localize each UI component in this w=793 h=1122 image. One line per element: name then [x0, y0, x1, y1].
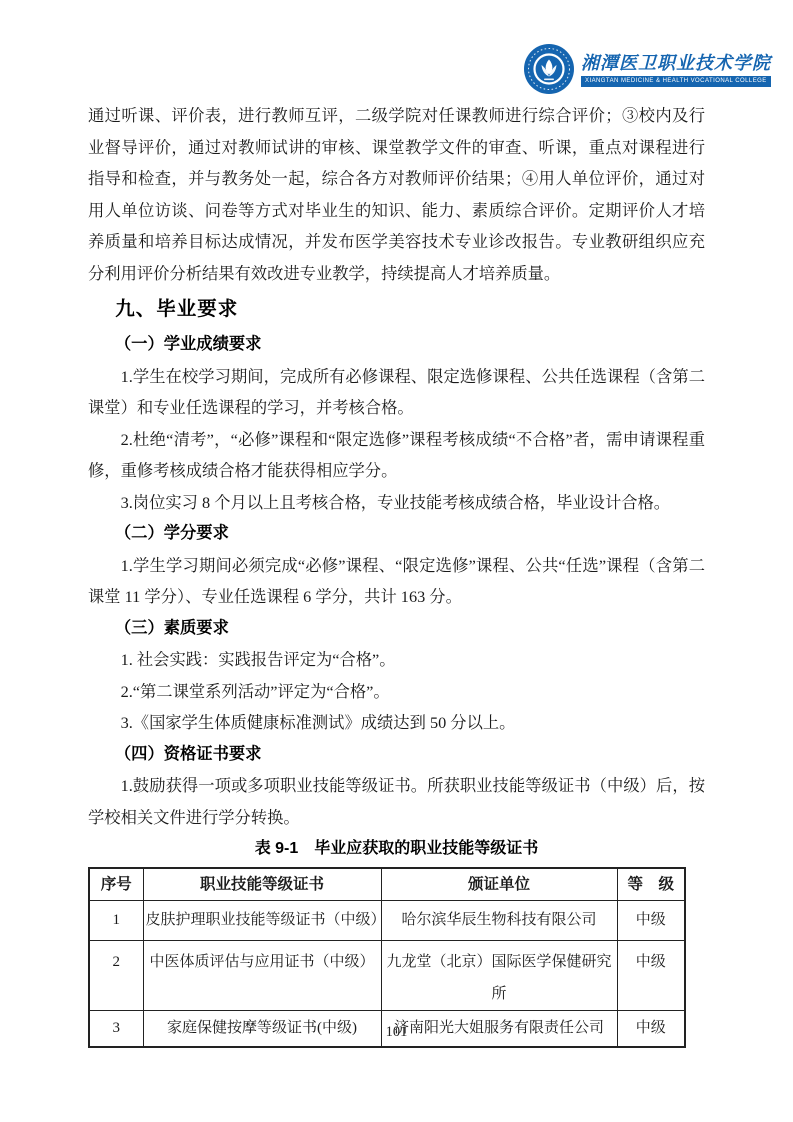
table-header-cell: 等 级 [617, 868, 685, 901]
college-logo: 湘潭医卫职业技术学院 XIANGTAN MEDICINE & HEALTH VO… [524, 44, 771, 94]
college-name-block: 湘潭医卫职业技术学院 XIANGTAN MEDICINE & HEALTH VO… [581, 52, 771, 87]
table-cell: 哈尔滨华辰生物科技有限公司 [381, 901, 617, 941]
table-row: 2 中医体质评估与应用证书（中级） 九龙堂（北京）国际医学保健研究所 中级 [89, 941, 685, 1011]
table-header-cell: 职业技能等级证书 [143, 868, 381, 901]
page-number: 101 [0, 1024, 793, 1041]
subsection-title-certificate-requirements: （四）资格证书要求 [88, 739, 705, 771]
table-header-row: 序号 职业技能等级证书 颁证单位 等 级 [89, 868, 685, 901]
table-header-cell: 序号 [89, 868, 143, 901]
table-cell: 中医体质评估与应用证书（中级） [143, 941, 381, 1011]
table-header-cell: 颁证单位 [381, 868, 617, 901]
table-cell: 中级 [617, 941, 685, 1011]
table-cell: 中级 [617, 901, 685, 941]
list-item: 3.《国家学生体质健康标准测试》成绩达到 50 分以上。 [88, 707, 705, 739]
list-item: 2.杜绝“清考”，“必修”课程和“限定选修”课程考核成绩“不合格”者，需申请课程… [88, 424, 705, 487]
paragraph-teacher-evaluation: 通过听课、评价表，进行教师互评，二级学院对任课教师进行综合评价；③校内及行业督导… [88, 100, 705, 289]
table-cell: 2 [89, 941, 143, 1011]
document-page: 湘潭医卫职业技术学院 XIANGTAN MEDICINE & HEALTH VO… [0, 0, 793, 1122]
list-item: 1. 社会实践：实践报告评定为“合格”。 [88, 644, 705, 676]
table-cell: 皮肤护理职业技能等级证书（中级） [143, 901, 381, 941]
table-cell: 九龙堂（北京）国际医学保健研究所 [381, 941, 617, 1011]
list-item: 1.鼓励获得一项或多项职业技能等级证书。所获职业技能等级证书（中级）后，按学校相… [88, 770, 705, 833]
subsection-title-academic-score: （一）学业成绩要求 [88, 329, 705, 361]
table-caption: 表 9-1 毕业应获取的职业技能等级证书 [88, 833, 705, 865]
college-seal-icon [524, 44, 574, 94]
list-item: 3.岗位实习 8 个月以上且考核合格，专业技能考核成绩合格，毕业设计合格。 [88, 487, 705, 519]
subsection-title-credit-requirements: （二）学分要求 [88, 518, 705, 550]
list-item: 2.“第二课堂系列活动”评定为“合格”。 [88, 676, 705, 708]
college-name-cn: 湘潭医卫职业技术学院 [581, 52, 771, 74]
certificates-table: 序号 职业技能等级证书 颁证单位 等 级 1 皮肤护理职业技能等级证书（中级） … [88, 867, 686, 1048]
table-cell: 1 [89, 901, 143, 941]
table-row: 1 皮肤护理职业技能等级证书（中级） 哈尔滨华辰生物科技有限公司 中级 [89, 901, 685, 941]
list-item: 1.学生在校学习期间，完成所有必修课程、限定选修课程、公共任选课程（含第二课堂）… [88, 361, 705, 424]
subsection-title-quality-requirements: （三）素质要求 [88, 613, 705, 645]
section-heading-graduation-requirements: 九、毕业要求 [88, 291, 705, 327]
page-content: 通过听课、评价表，进行教师互评，二级学院对任课教师进行综合评价；③校内及行业督导… [88, 100, 705, 1048]
college-name-en: XIANGTAN MEDICINE & HEALTH VOCATIONAL CO… [581, 76, 771, 87]
list-item: 1.学生学习期间必须完成“必修”课程、“限定选修”课程、公共“任选”课程（含第二… [88, 550, 705, 613]
